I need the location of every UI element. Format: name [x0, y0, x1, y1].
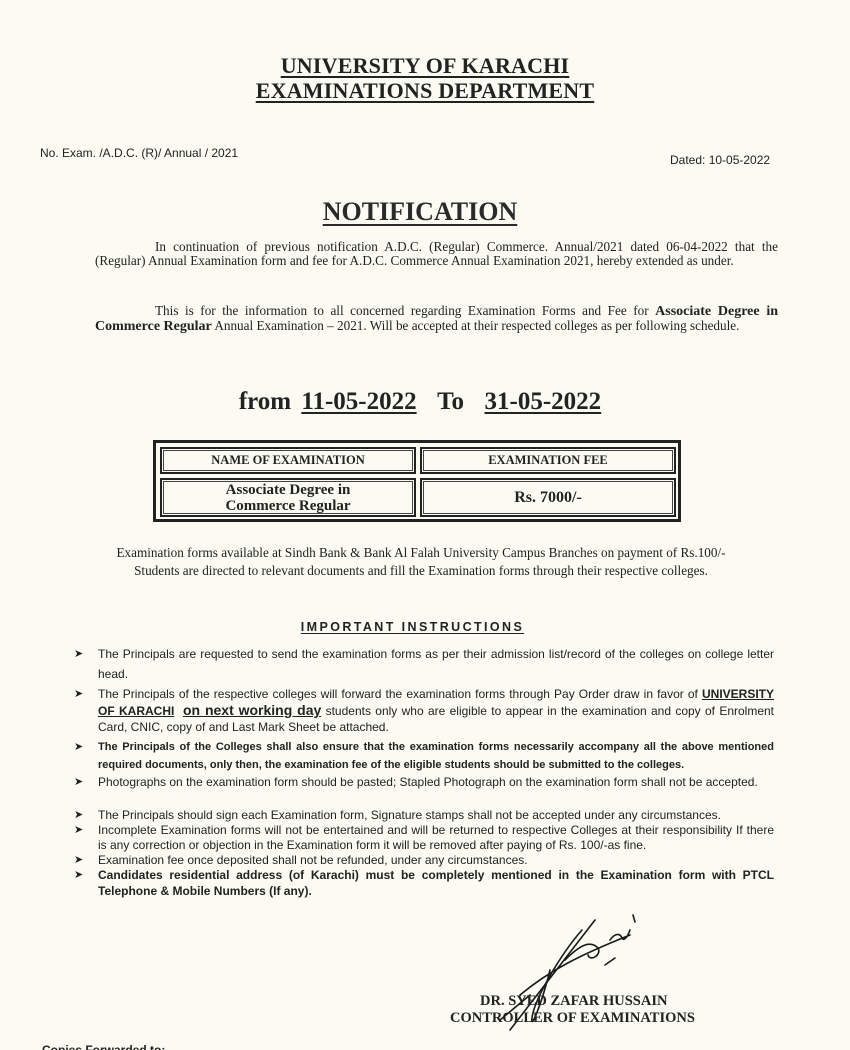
paragraph-information: This is for the information to all conce…	[95, 304, 778, 334]
fee-table: NAME OF EXAMINATION EXAMINATION FEE Asso…	[153, 440, 681, 522]
instruction-item: ➤ The Principals of the respective colle…	[74, 686, 774, 735]
to-date: 31-05-2022	[485, 388, 602, 415]
signatory-name: DR. SYED ZAFAR HUSSAIN	[450, 993, 730, 1010]
arrowhead-bullet-icon: ➤	[74, 775, 83, 790]
reference-number: No. Exam. /A.D.C. (R)/ Annual / 2021	[40, 146, 238, 160]
copies-forwarded-label: Copies Forwarded to:	[42, 1043, 165, 1050]
arrowhead-bullet-icon: ➤	[74, 808, 83, 823]
instruction-item: ➤ The Principals should sign each Examin…	[74, 808, 774, 823]
schedule-dates: from 11-05-2022 To 31-05-2022	[0, 388, 840, 416]
header-exam-name: NAME OF EXAMINATION	[160, 447, 416, 474]
header-exam-fee: EXAMINATION FEE	[420, 447, 676, 474]
university-name: UNIVERSITY OF KARACHI	[0, 53, 850, 79]
arrowhead-bullet-icon: ➤	[74, 853, 83, 868]
instructions-list: ➤ The Principals are requested to send t…	[74, 644, 774, 904]
signatory-designation: CONTROLLER OF EXAMINATIONS	[450, 1010, 730, 1027]
notification-title: NOTIFICATION	[0, 197, 840, 227]
arrowhead-bullet-icon: ➤	[74, 644, 83, 664]
paragraph-continuation: In continuation of previous notification…	[95, 240, 778, 268]
instruction-item: ➤ Examination fee once deposited shall n…	[74, 853, 774, 868]
department-name: EXAMINATIONS DEPARTMENT	[0, 78, 850, 104]
date: Dated: 10-05-2022	[670, 153, 770, 167]
instructions-heading: IMPORTANT INSTRUCTIONS	[0, 620, 825, 634]
instruction-item: ➤ Candidates residential address (of Kar…	[74, 867, 774, 899]
availability-note: Examination forms available at Sindh Ban…	[0, 544, 850, 580]
from-date: 11-05-2022	[301, 388, 416, 415]
instruction-item: ➤ The Principals of the Colleges shall a…	[74, 738, 774, 774]
instruction-item: ➤ Incomplete Examination forms will not …	[74, 823, 774, 853]
arrowhead-bullet-icon: ➤	[74, 686, 83, 702]
instruction-item: ➤ Photographs on the examination form sh…	[74, 775, 774, 790]
arrowhead-bullet-icon: ➤	[74, 823, 83, 838]
exam-name-cell: Associate Degree in Commerce Regular	[160, 478, 416, 517]
arrowhead-bullet-icon: ➤	[74, 867, 83, 883]
instruction-item: ➤ The Principals are requested to send t…	[74, 644, 774, 684]
arrowhead-bullet-icon: ➤	[74, 738, 83, 756]
signatory-block: DR. SYED ZAFAR HUSSAIN CONTROLLER OF EXA…	[450, 993, 730, 1027]
exam-fee-cell: Rs. 7000/-	[420, 478, 676, 517]
